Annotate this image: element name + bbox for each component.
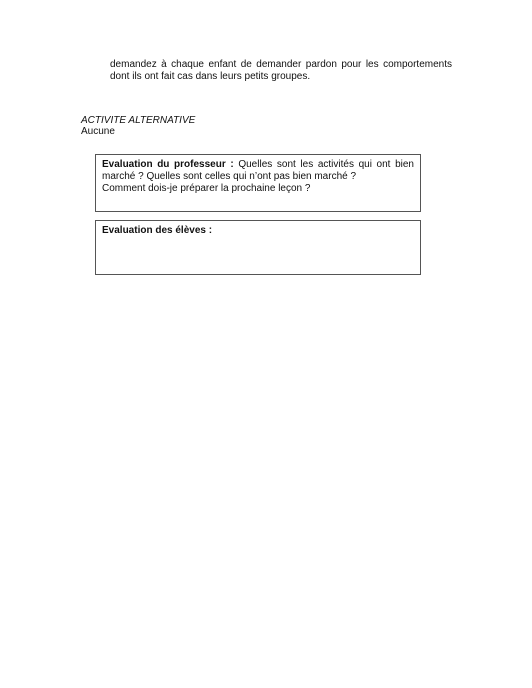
teacher-evaluation-line-2: marché ? Quelles sont celles qui n’ont p… xyxy=(102,171,414,183)
student-evaluation-label: Evaluation des élèves : xyxy=(102,225,212,236)
alternative-activity-value: Aucune xyxy=(81,126,115,138)
paragraph-line-1: demandez à chaque enfant de demander par… xyxy=(110,59,452,71)
instruction-paragraph: demandez à chaque enfant de demander par… xyxy=(110,59,452,83)
student-evaluation-box: Evaluation des élèves : xyxy=(95,220,421,275)
teacher-evaluation-box: Evaluation du professeur : Quelles sont … xyxy=(95,154,421,212)
paragraph-line-2: dont ils ont fait cas dans leurs petits … xyxy=(110,71,452,83)
teacher-evaluation-line-1: Evaluation du professeur : Quelles sont … xyxy=(102,159,414,171)
teacher-evaluation-question-1: Quelles sont les activités qui ont bien xyxy=(238,159,414,170)
teacher-evaluation-label: Evaluation du professeur : xyxy=(102,159,234,170)
teacher-evaluation-line-3: Comment dois-je préparer la prochaine le… xyxy=(102,183,414,195)
